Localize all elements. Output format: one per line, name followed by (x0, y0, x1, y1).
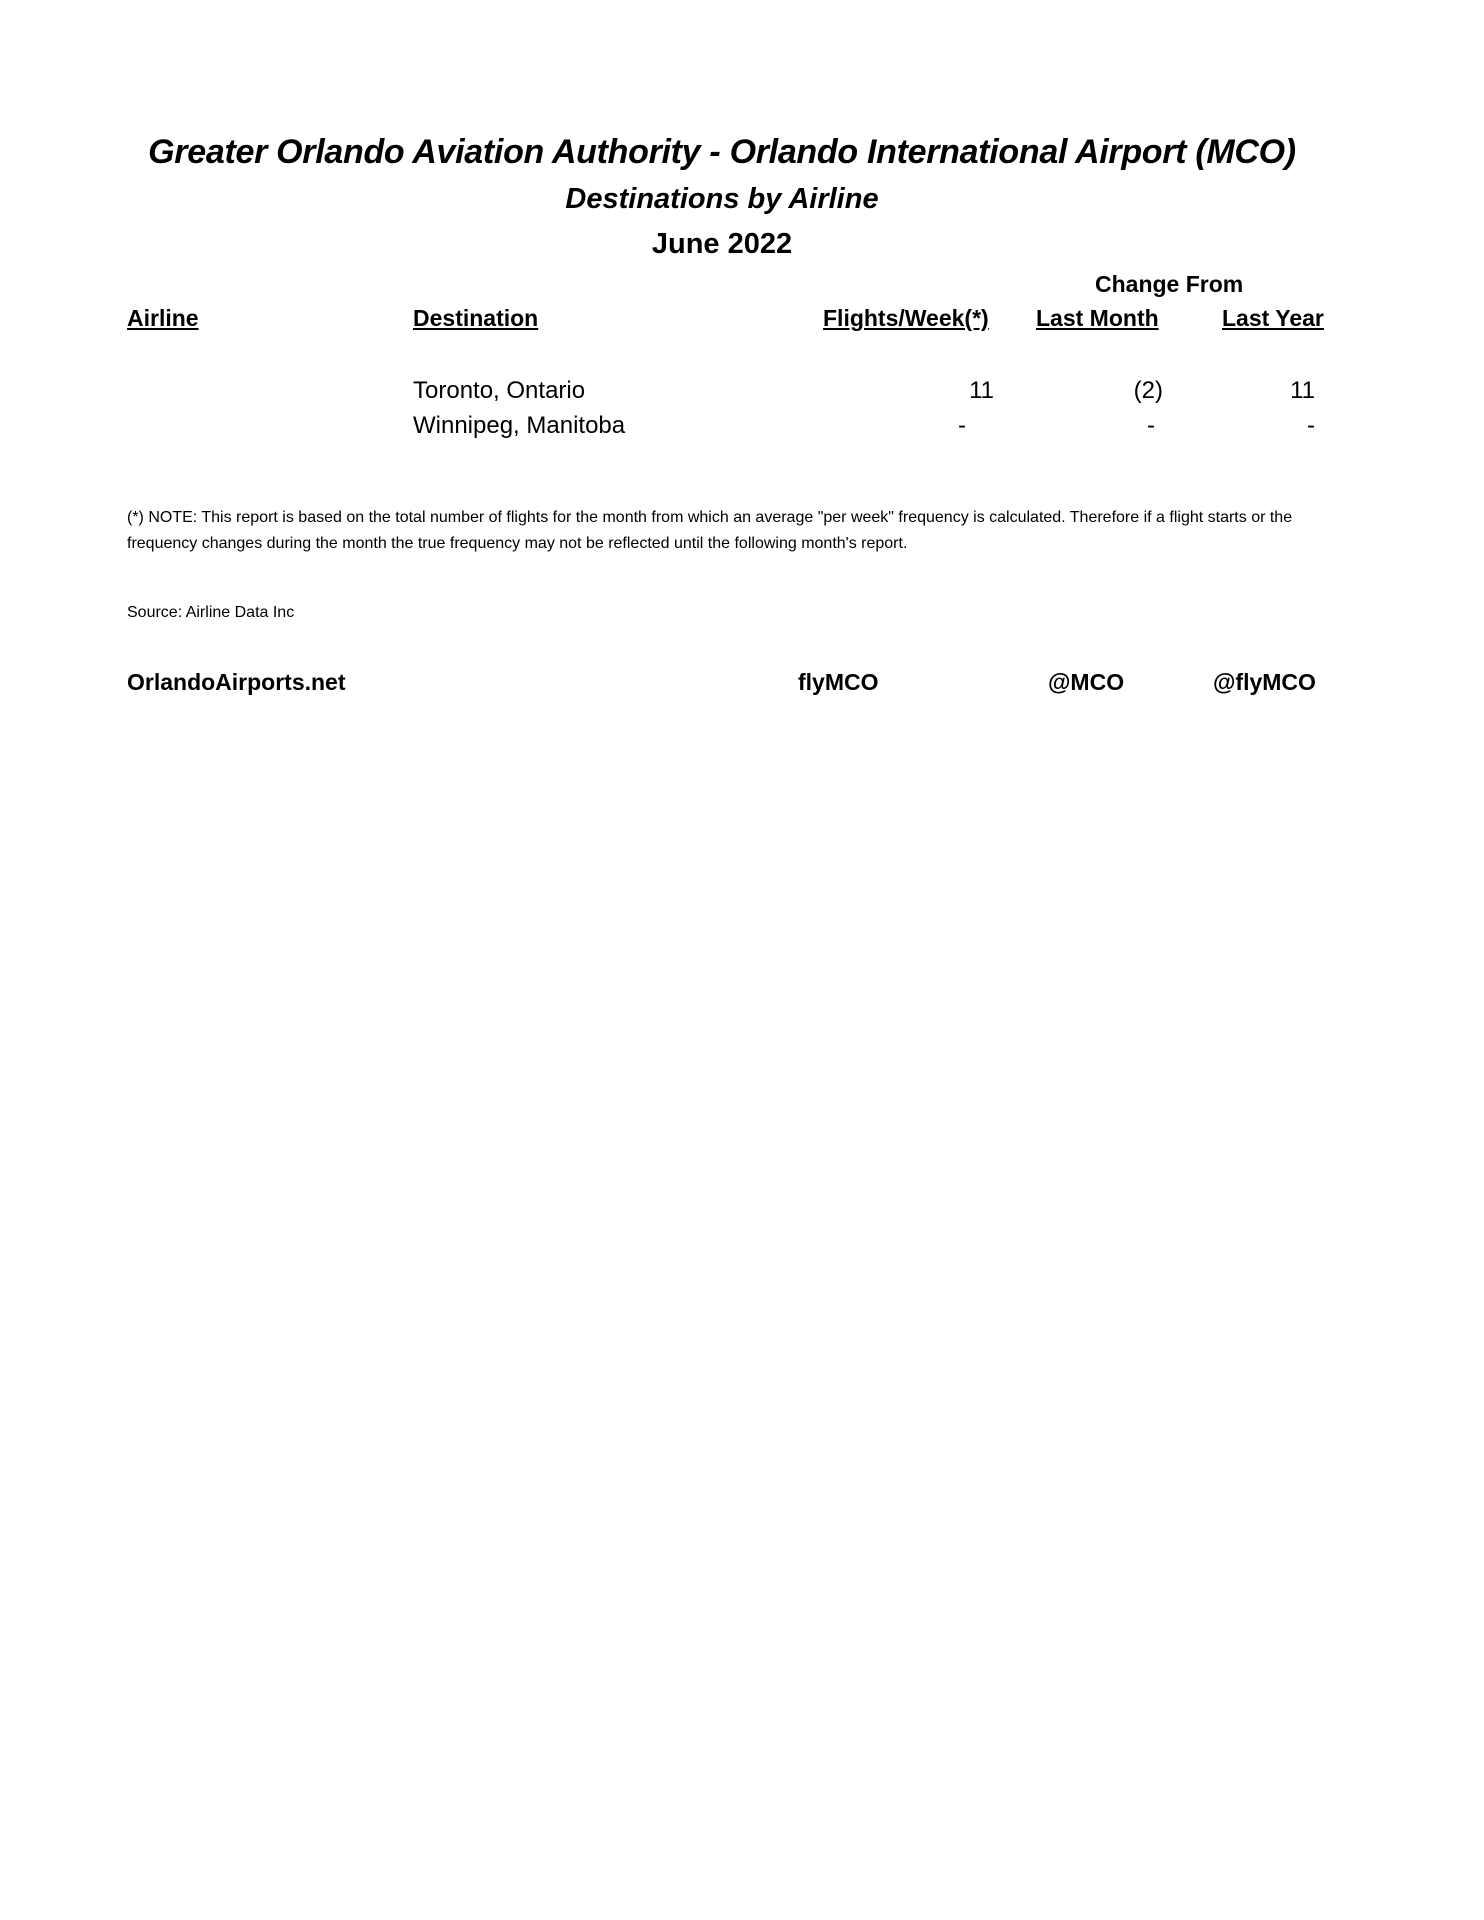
instagram-handle[interactable]: @flyMCO (1213, 669, 1316, 696)
twitter-handle[interactable]: @MCO (1048, 669, 1124, 696)
destination-cell: Toronto, Ontario (413, 377, 585, 405)
report-title: Greater Orlando Aviation Authority - Orl… (0, 133, 1444, 172)
report-subtitle: Destinations by Airline (0, 183, 1444, 216)
website-link[interactable]: OrlandoAirports.net (127, 669, 346, 696)
change-from-header: Change From (1095, 271, 1243, 298)
column-header-last-month: Last Month (1036, 305, 1159, 332)
facebook-handle[interactable]: flyMCO (798, 669, 879, 696)
column-header-flights-per-week: Flights/Week(*) (823, 305, 989, 332)
destination-cell: Winnipeg, Manitoba (413, 412, 625, 440)
change-last-year-cell: - (1200, 412, 1315, 440)
change-last-month-cell: - (1040, 412, 1155, 440)
flights-per-week-cell: - (880, 412, 966, 440)
report-period: June 2022 (0, 228, 1444, 261)
column-header-airline: Airline (127, 305, 199, 332)
column-header-destination: Destination (413, 305, 538, 332)
flights-per-week-cell: 11 (880, 377, 994, 405)
source-note: Source: Airline Data Inc (127, 604, 294, 622)
change-last-month-cell: (2) (1040, 377, 1163, 405)
footnote: (*) NOTE: This report is based on the to… (127, 505, 1337, 557)
column-header-last-year: Last Year (1222, 305, 1324, 332)
change-last-year-cell: 11 (1200, 377, 1315, 405)
